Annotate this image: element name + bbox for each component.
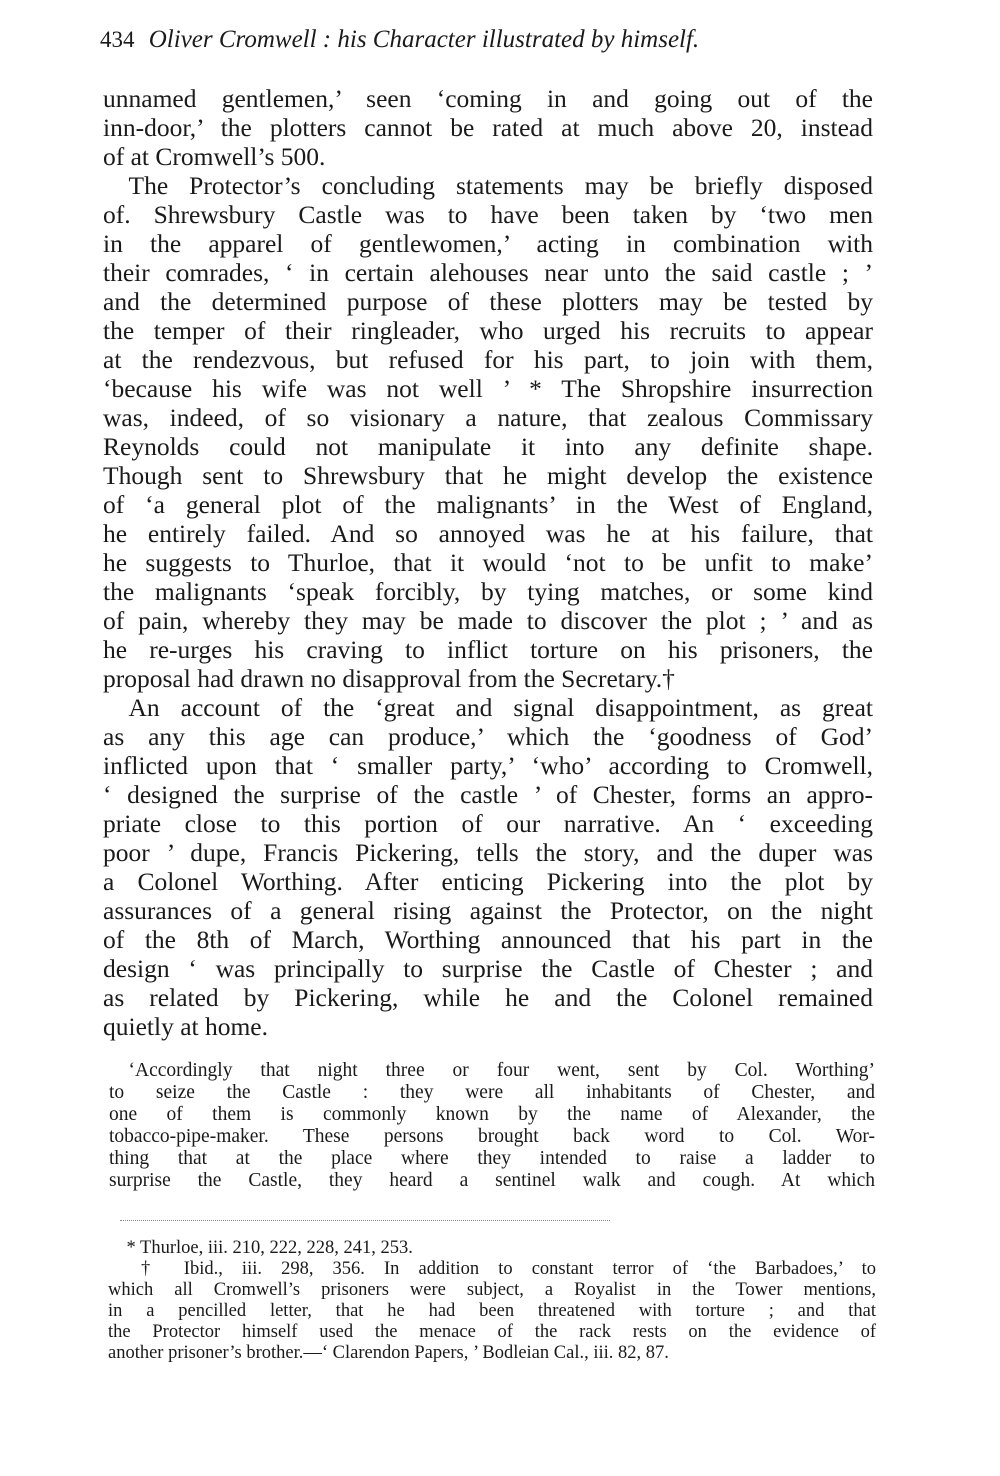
body-line: unnamed gentlemen,’ seen ‘coming in and … [103,84,873,113]
body-line: and the determined purpose of these plot… [103,287,873,316]
body-line: Though sent to Shrewsbury that he might … [103,461,873,490]
body-line: their comrades, ‘ in certain alehouses n… [103,258,873,287]
footnote-line: another prisoner’s brother.—‘ Clarendon … [108,1343,876,1364]
body-line: priate close to this portion of our narr… [103,809,873,838]
body-line: ‘ designed the surprise of the castle ’ … [103,780,873,809]
body-line: the temper of their ringleader, who urge… [103,316,873,345]
body-line: proposal had drawn no disapproval from t… [103,664,873,693]
body-line: a Colonel Worthing. After enticing Picke… [103,867,873,896]
body-line: inn-door,’ the plotters cannot be rated … [103,113,873,142]
body-line: poor ’ dupe, Francis Pickering, tells th… [103,838,873,867]
body-line: in the apparel of gentlewomen,’ acting i… [103,229,873,258]
footnote-line: the Protector himself used the menace of… [108,1322,876,1343]
footnote-line: † Ibid., iii. 298, 356. In addition to c… [108,1259,876,1280]
book-page: 434 Oliver Cromwell : his Character illu… [0,0,1000,1476]
page-number: 434 [100,27,135,52]
body-line: he entirely failed. And so annoyed was h… [103,519,873,548]
quote-line: to seize the Castle : they were all inha… [109,1082,875,1104]
quote-line: thing that at the place where they inten… [109,1148,875,1170]
quote-line: ‘Accordingly that night three or four we… [109,1060,875,1082]
body-line: The Protector’s concluding statements ma… [103,171,873,200]
footnote-separator [120,1220,610,1221]
body-line: ‘because his wife was not well ’ * The S… [103,374,873,403]
footnote-line: in a pencilled letter, that he had been … [108,1301,876,1322]
body-line: he re-urges his craving to inflict tortu… [103,635,873,664]
body-line: the malignants ‘speak forcibly, by tying… [103,577,873,606]
body-line: was, indeed, of so visionary a nature, t… [103,403,873,432]
body-line: An account of the ‘great and signal disa… [103,693,873,722]
body-line: of. Shrewsbury Castle was to have been t… [103,200,873,229]
body-line: inflicted upon that ‘ smaller party,’ ‘w… [103,751,873,780]
body-line: as any this age can produce,’ which the … [103,722,873,751]
running-header: 434 Oliver Cromwell : his Character illu… [100,22,900,58]
quote-line: tobacco-pipe-maker. These persons brough… [109,1126,875,1148]
body-line: Reynolds could not manipulate it into an… [103,432,873,461]
quote-line: one of them is commonly known by the nam… [109,1104,875,1126]
body-line: as related by Pickering, while he and th… [103,983,873,1012]
body-line: of pain, whereby they may be made to dis… [103,606,873,635]
body-line: assurances of a general rising against t… [103,896,873,925]
body-line: he suggests to Thurloe, that it would ‘n… [103,548,873,577]
body-line: at the rendezvous, but refused for his p… [103,345,873,374]
body-line: quietly at home. [103,1012,873,1041]
running-title: Oliver Cromwell : his Character illustra… [149,26,699,53]
footnote-line: which all Cromwell’s prisoners were subj… [108,1280,876,1301]
body-line: design ‘ was principally to surprise the… [103,954,873,983]
quote-line: surprise the Castle, they heard a sentin… [109,1170,875,1192]
body-line: of at Cromwell’s 500. [103,142,873,171]
body-line: of the 8th of March, Worthing announced … [103,925,873,954]
footnote-line: * Thurloe, iii. 210, 222, 228, 241, 253. [108,1238,876,1259]
body-line: of ‘a general plot of the malignants’ in… [103,490,873,519]
